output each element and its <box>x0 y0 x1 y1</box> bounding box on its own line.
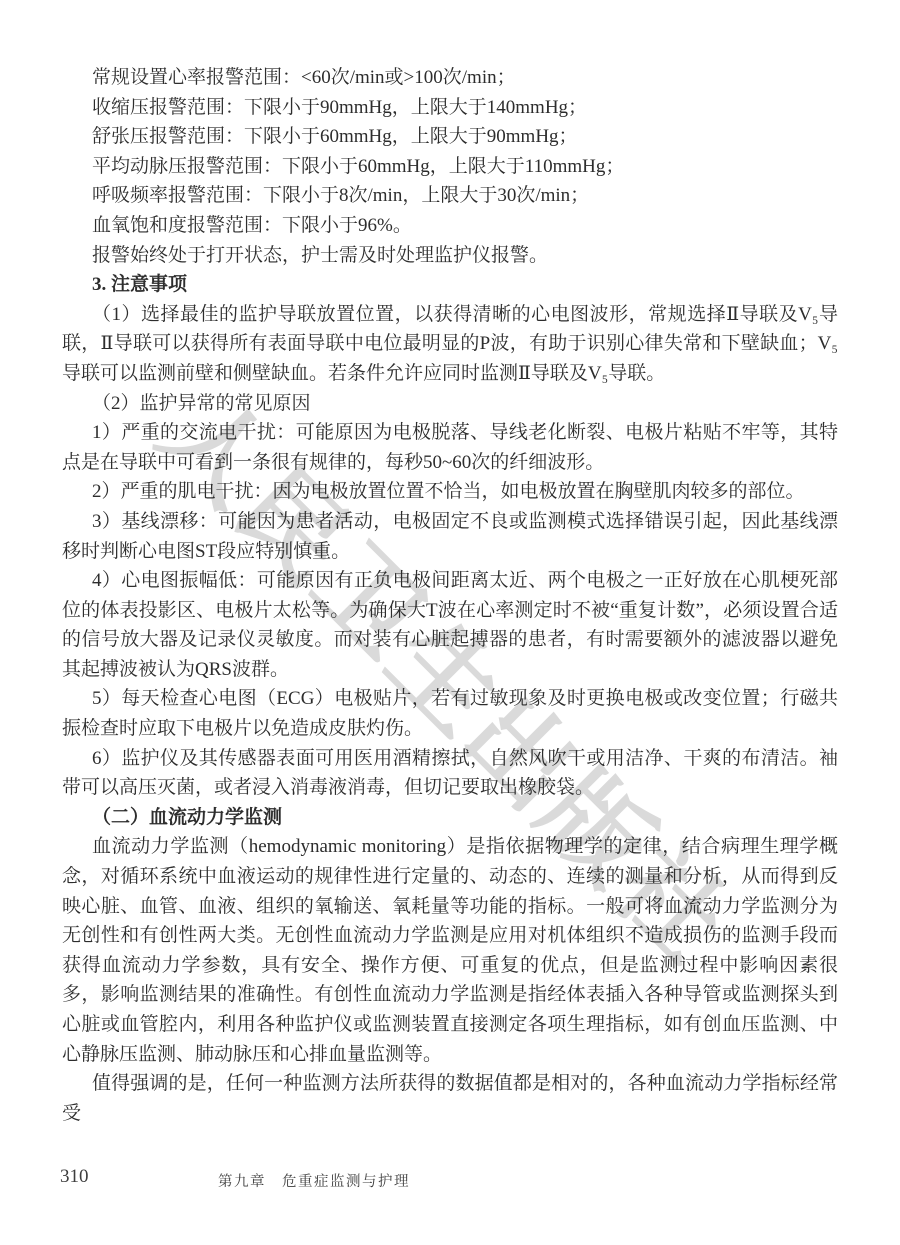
body-paragraph: 5）每天检查心电图（ECG）电极贴片，若有过敏现象及时更换电极或改变位置；行磁共… <box>62 684 838 743</box>
body-paragraph: 1）严重的交流电干扰：可能原因为电极脱落、导线老化断裂、电极片粘贴不牢等，其特点… <box>62 418 838 477</box>
alarm-range-line: 呼吸频率报警范围：下限小于8次/min，上限大于30次/min； <box>62 181 838 211</box>
alarm-range-line: 平均动脉压报警范围：下限小于60mmHg，上限大于110mmHg； <box>62 152 838 182</box>
body-paragraph: 报警始终处于打开状态，护士需及时处理监护仪报警。 <box>62 241 838 271</box>
body-paragraph: 3）基线漂移：可能因为患者活动，电极固定不良或监测模式选择错误引起，因此基线漂移… <box>62 507 838 566</box>
chapter-title: 第九章 危重症监测与护理 <box>218 1170 410 1191</box>
alarm-range-line: 舒张压报警范围：下限小于60mmHg，上限大于90mmHg； <box>62 122 838 152</box>
book-page: 人民卫生出版社 常规设置心率报警范围：<60次/min或>100次/min； 收… <box>0 0 900 1245</box>
body-paragraph: 4）心电图振幅低：可能原因有正负电极间距离太近、两个电极之一正好放在心肌梗死部位… <box>62 566 838 684</box>
body-paragraph: 6）监护仪及其传感器表面可用医用酒精擦拭，自然风吹干或用洁净、干爽的布清洁。袖带… <box>62 744 838 803</box>
body-paragraph: （1）选择最佳的监护导联放置位置，以获得清晰的心电图波形，常规选择Ⅱ导联及V₅导… <box>62 300 838 389</box>
page-body-text: 常规设置心率报警范围：<60次/min或>100次/min； 收缩压报警范围：下… <box>62 63 838 1128</box>
section-heading-hemodynamic: （二）血流动力学监测 <box>62 803 838 833</box>
section-heading-notes: 3. 注意事项 <box>62 270 838 300</box>
body-paragraph: 值得强调的是，任何一种监测方法所获得的数据值都是相对的，各种血流动力学指标经常受 <box>62 1069 838 1128</box>
alarm-range-line: 常规设置心率报警范围：<60次/min或>100次/min； <box>62 63 838 93</box>
body-paragraph: 血流动力学监测（hemodynamic monitoring）是指依据物理学的定… <box>62 832 838 1069</box>
body-paragraph: 2）严重的肌电干扰：因为电极放置位置不恰当，如电极放置在胸壁肌肉较多的部位。 <box>62 477 838 507</box>
sub-heading-common-causes: （2）监护异常的常见原因 <box>62 389 838 419</box>
alarm-range-line: 收缩压报警范围：下限小于90mmHg，上限大于140mmHg； <box>62 93 838 123</box>
alarm-range-line: 血氧饱和度报警范围：下限小于96%。 <box>62 211 838 241</box>
page-number: 310 <box>60 1166 89 1188</box>
